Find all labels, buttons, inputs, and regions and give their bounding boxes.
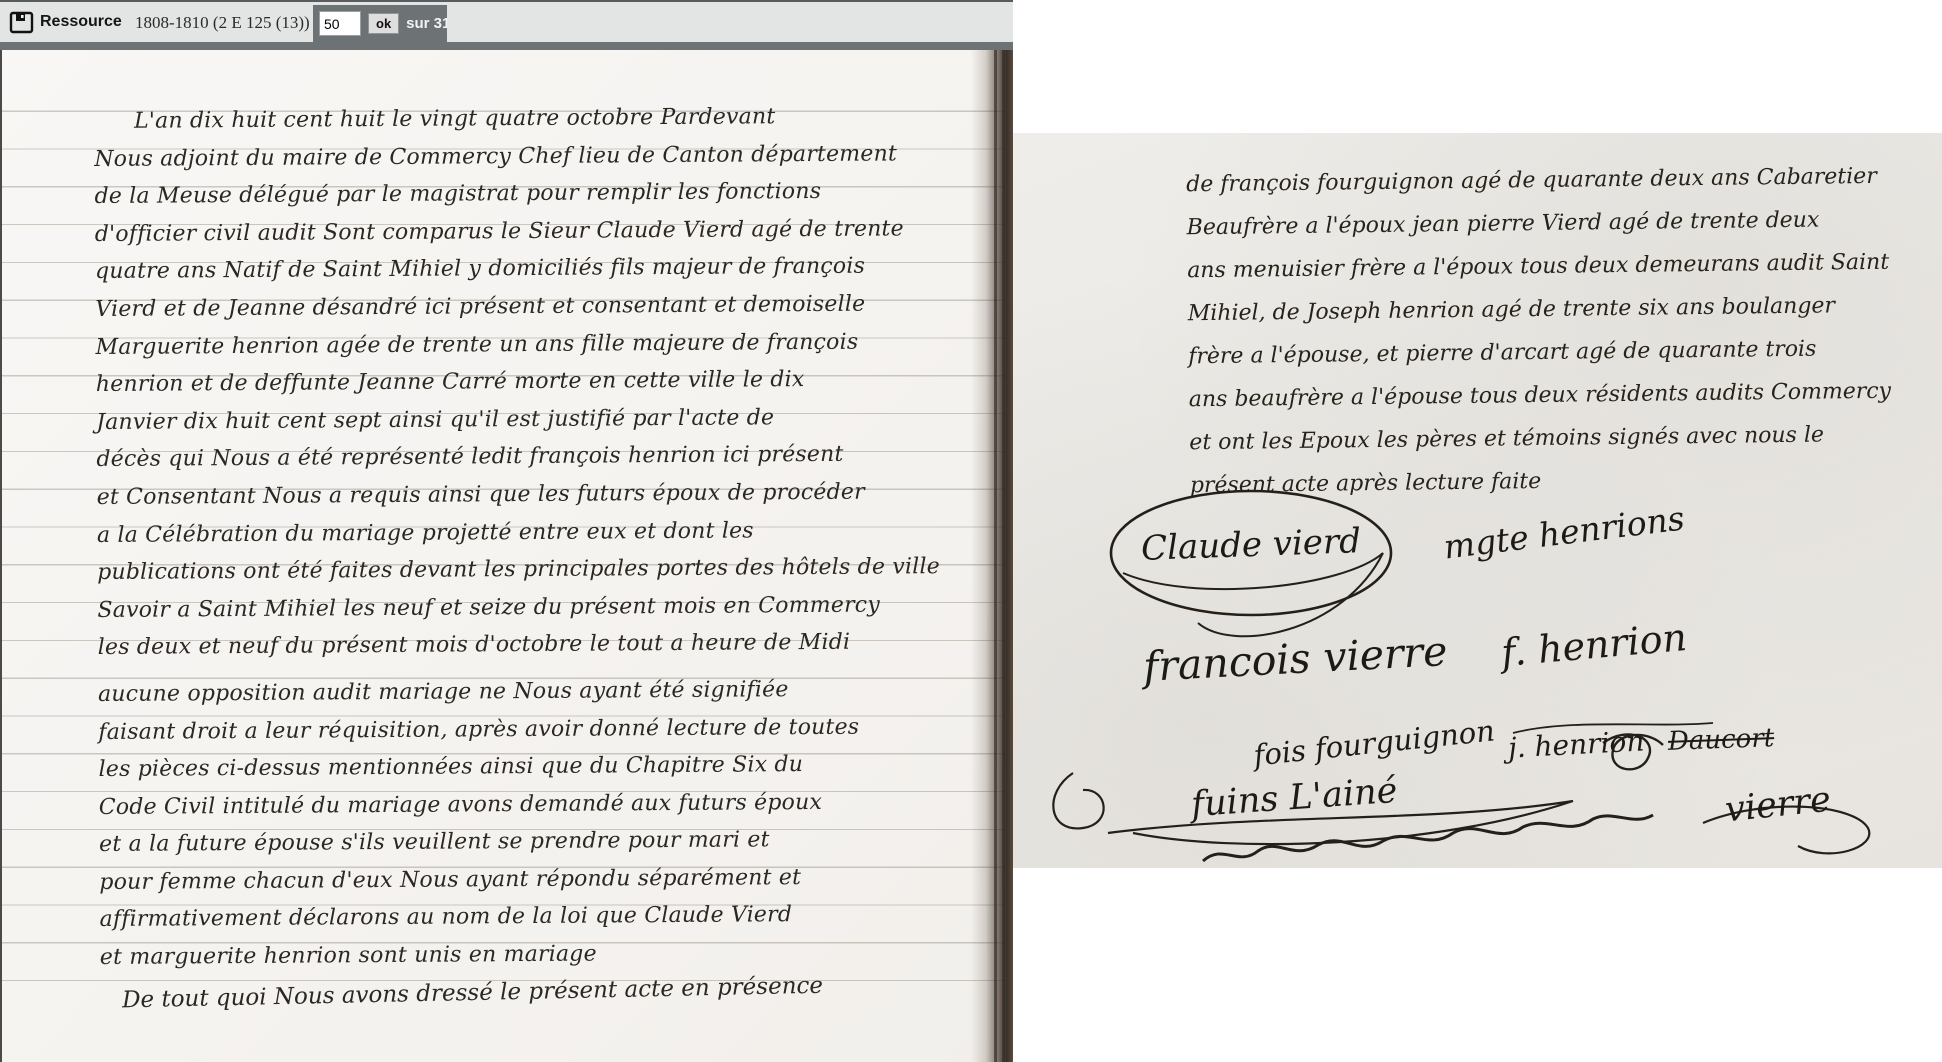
- handwritten-line: publications ont été faites devant les p…: [97, 554, 957, 598]
- handwritten-line: Nous adjoint du maire de Commercy Chef l…: [94, 141, 954, 185]
- signature-mgte-henrion: mgte henrions: [1442, 498, 1687, 566]
- resource-label: Ressource: [40, 13, 122, 31]
- signature-vierre: vierre: [1723, 780, 1832, 831]
- signature-francois-vierre: francois vierre: [1142, 627, 1449, 691]
- handwritten-line: et ont les Epoux les pères et témoins si…: [1189, 413, 1892, 465]
- signature-f-henrion: f. henrion: [1499, 615, 1688, 675]
- left-page-handwriting: L'an dix huit cent huit le vingt quatre …: [94, 103, 960, 983]
- resource-icon: [9, 9, 35, 35]
- handwritten-line: Janvier dix huit cent sept ainsi qu'il e…: [96, 404, 956, 448]
- ok-button[interactable]: ok: [368, 13, 399, 34]
- page-total-label: sur 316: [406, 15, 447, 32]
- handwritten-line: les deux et neuf du présent mois d'octob…: [98, 629, 958, 673]
- toolbar-bottom-strip: [0, 42, 1013, 50]
- handwritten-line: présent acte après lecture faite: [1190, 456, 1893, 508]
- signature-fois-fourguignon: fois fourguignon: [1252, 713, 1496, 772]
- handwritten-line: faisant droit a leur réquisition, après …: [98, 713, 958, 757]
- scan-left-page: L'an dix huit cent huit le vingt quatre …: [0, 50, 1013, 1062]
- book-binding-shadow: [971, 50, 1013, 1062]
- handwritten-line: Code Civil intitulé du mariage avons dem…: [99, 789, 959, 833]
- handwritten-line: décès qui Nous a été représenté ledit fr…: [96, 441, 956, 485]
- handwritten-line: quatre ans Natif de Saint Mihiel y domic…: [95, 253, 955, 297]
- handwritten-line: affirmativement déclarons au nom de la l…: [100, 901, 960, 945]
- handwritten-line: Savoir a Saint Mihiel les neuf et seize …: [97, 592, 957, 636]
- signature-fuins-laine: fuins L'ainé: [1190, 771, 1399, 825]
- handwritten-line: les pièces ci-dessus mentionnées ainsi q…: [98, 751, 958, 795]
- handwritten-line: aucune opposition audit mariage ne Nous …: [98, 676, 958, 720]
- handwritten-line: pour femme chacun d'eux Nous ayant répon…: [99, 864, 959, 908]
- handwritten-line: et Consentant Nous a requis ainsi que le…: [97, 479, 957, 523]
- resource-title: 1808-1810 (2 E 125 (13)): [135, 13, 310, 33]
- handwritten-line: a la Célébration du mariage projetté ent…: [97, 517, 957, 561]
- right-page-handwriting: de françois fourguignon agé de quarante …: [1186, 155, 1892, 508]
- handwritten-line: de la Meuse délégué par le magistrat pou…: [94, 178, 954, 222]
- handwritten-line: Marguerite henrion agée de trente un ans…: [96, 329, 956, 373]
- handwritten-line: et marguerite henrion sont unis en maria…: [100, 939, 960, 983]
- scan-right-page: de françois fourguignon agé de quarante …: [1013, 133, 1942, 868]
- binding-streak: [1002, 50, 1005, 1062]
- signature-daucort-struck: Daucort: [1668, 723, 1775, 757]
- binding-streak: [994, 50, 997, 1062]
- handwritten-line: et a la future épouse s'ils veuillent se…: [99, 826, 959, 870]
- page-navigation-box: ok sur 316: [313, 5, 447, 42]
- handwritten-line: d'officier civil audit Sont comparus le …: [95, 216, 955, 260]
- signature-j-henrion: j. henrion: [1507, 724, 1645, 764]
- archive-viewer: Ressource 1808-1810 (2 E 125 (13)) ok su…: [0, 0, 1942, 1062]
- handwritten-line: L'an dix huit cent huit le vingt quatre …: [94, 103, 954, 147]
- signature-claude-vierd: Claude vierd: [1140, 521, 1361, 569]
- page-number-input[interactable]: [319, 11, 361, 36]
- handwritten-line: henrion et de deffunte Jeanne Carré mort…: [96, 366, 956, 410]
- handwritten-line: Vierd et de Jeanne désandré ici présent …: [95, 291, 955, 335]
